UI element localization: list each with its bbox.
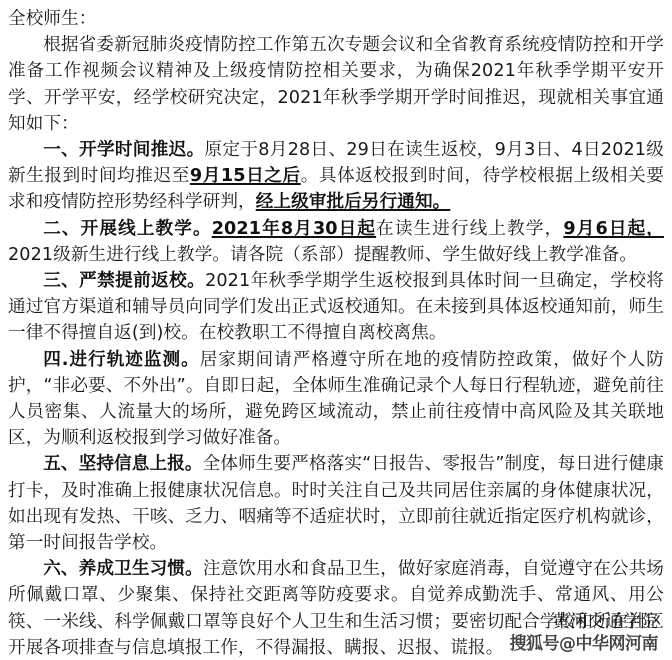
- section-2: 二、开展线上教学。2021年8月30日起在读生进行线上教学，9月6日起，2021…: [8, 216, 664, 268]
- highlight-text: 经上级审批后另行通知。: [256, 192, 451, 212]
- highlight-date: 9月6日起，: [563, 219, 664, 239]
- section-heading: 四.进行轨迹监测。: [43, 350, 200, 370]
- section-heading: 二、开展线上教学。: [43, 219, 212, 239]
- section-3: 三、严禁提前返校。2021年秋季学期学生返校报到具体时间一旦确定，学校将通过官方…: [8, 268, 664, 347]
- watermark: 搜狐号@中华网河南: [510, 633, 659, 655]
- section-heading: 一、开学时间推迟。: [43, 140, 204, 160]
- highlight-date: 2021年8月30日起: [212, 219, 376, 239]
- section-4: 四.进行轨迹监测。居家期间请严格遵守所在地的疫情防控政策，做好个人防护，“非必要…: [8, 347, 664, 452]
- section-text: 在读生进行线上教学，: [376, 219, 563, 239]
- highlight-date: 9月15日之后: [190, 166, 301, 186]
- section-heading: 三、严禁提前返校。: [43, 271, 205, 291]
- notice-document: 全校师生： 根据省委新冠肺炎疫情防控工作第五次专题会议和全省教育系统疫情防控和开…: [8, 6, 664, 660]
- section-heading: 六、养成卫生习惯。: [43, 559, 203, 579]
- section-1: 一、开学时间推迟。原定于8月28日、29日在读生返校，9月3日、4日2021级新…: [8, 137, 664, 216]
- signature-institution: 黄河交通学院: [552, 610, 658, 634]
- section-text: 2021级新生进行线上教学。请各院（系部）提醒教师、学生做好线上教学准备。: [8, 245, 637, 265]
- intro-paragraph: 根据省委新冠肺炎疫情防控工作第五次专题会议和全省教育系统疫情防控和开学准备工作视…: [8, 32, 664, 137]
- section-heading: 五、坚持信息上报。: [43, 454, 202, 474]
- salutation: 全校师生：: [8, 6, 664, 32]
- section-5: 五、坚持信息上报。全体师生要严格落实“日报告、零报告”制度，每日进行健康打卡，及…: [8, 451, 664, 556]
